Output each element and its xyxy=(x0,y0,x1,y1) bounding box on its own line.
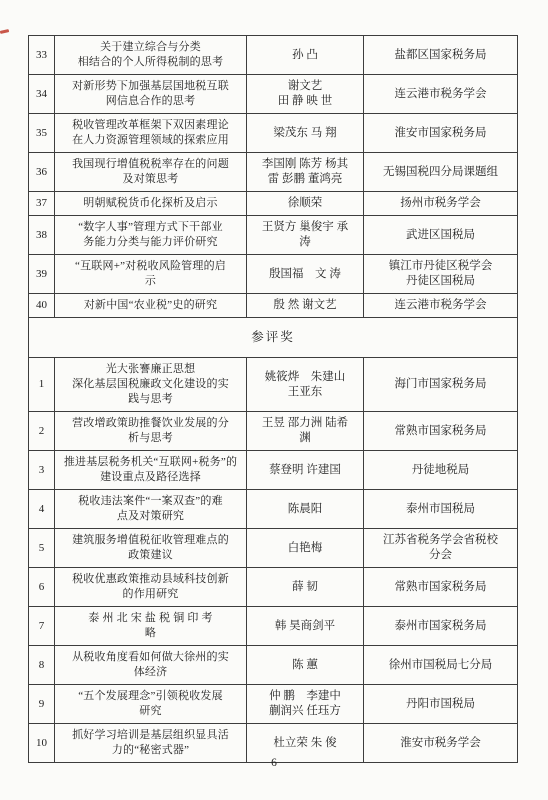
cell-org: 海门市国家税务局 xyxy=(364,358,518,412)
award-table-body: 33关于建立综合与分类 相结合的个人所得税制的思考孙 凸盐都区国家税务局34对新… xyxy=(29,36,518,763)
table-row: 9“五个发展理念”引领税收发展 研究仲 鹏 李建中 蒯润兴 任珏方丹阳市国税局 xyxy=(29,685,518,724)
cell-title: 推进基层税务机关“互联网+税务”的 建设重点及路径选择 xyxy=(55,451,247,490)
cell-authors: 殷国福 文 涛 xyxy=(247,255,364,294)
table-row: 2营改增政策助推餐饮业发展的分 析与思考王昱 邵力洲 陆希 渊常熟市国家税务局 xyxy=(29,412,518,451)
cell-org: 丹徒地税局 xyxy=(364,451,518,490)
table-row: 1光大张謇廉正思想 深化基层国税廉政文化建设的实 践与思考姚筱烨 朱建山 王亚东… xyxy=(29,358,518,412)
cell-no: 5 xyxy=(29,529,55,568)
scanned-page: 33关于建立综合与分类 相结合的个人所得税制的思考孙 凸盐都区国家税务局34对新… xyxy=(0,0,548,800)
cell-org: 镇江市丹徒区税学会 丹徒区国税局 xyxy=(364,255,518,294)
table-row: 37明朝赋税货币化探析及启示徐顺荣扬州市税务学会 xyxy=(29,192,518,216)
cell-org: 常熟市国家税务局 xyxy=(364,412,518,451)
cell-org: 丹阳市国税局 xyxy=(364,685,518,724)
cell-title: 税收管理改革框架下双因素理论 在人力资源管理领域的探索应用 xyxy=(55,114,247,153)
cell-org: 常熟市国家税务局 xyxy=(364,568,518,607)
table-row: 3推进基层税务机关“互联网+税务”的 建设重点及路径选择蔡登明 许建国丹徒地税局 xyxy=(29,451,518,490)
table-row: 40对新中国“农业税”史的研究殷 然 谢文艺连云港市税务学会 xyxy=(29,294,518,318)
cell-no: 9 xyxy=(29,685,55,724)
cell-org: 连云港市税务学会 xyxy=(364,75,518,114)
cell-authors: 梁茂东 马 翔 xyxy=(247,114,364,153)
cell-org: 无锡国税四分局课题组 xyxy=(364,153,518,192)
cell-org: 淮安市国家税务局 xyxy=(364,114,518,153)
cell-authors: 李国刚 陈芳 杨其 雷 彭鹏 董鸿亮 xyxy=(247,153,364,192)
cell-no: 8 xyxy=(29,646,55,685)
page-number: 6 xyxy=(0,757,548,769)
cell-authors: 薛 韧 xyxy=(247,568,364,607)
cell-authors: 白艳梅 xyxy=(247,529,364,568)
cell-org: 徐州市国税局七分局 xyxy=(364,646,518,685)
cell-title: 从税收角度看如何做大徐州的实 体经济 xyxy=(55,646,247,685)
cell-title: 税收违法案件“一案双查”的难 点及对策研究 xyxy=(55,490,247,529)
table-row: 38“数字人事”管理方式下干部业 务能力分类与能力评价研究王贤方 巢俊宇 承 涛… xyxy=(29,216,518,255)
table-row: 35税收管理改革框架下双因素理论 在人力资源管理领域的探索应用梁茂东 马 翔淮安… xyxy=(29,114,518,153)
cell-authors: 王昱 邵力洲 陆希 渊 xyxy=(247,412,364,451)
table-row: 34对新形势下加强基层国地税互联 网信息合作的思考谢文艺 田 静 映 世连云港市… xyxy=(29,75,518,114)
table-row: 36我国现行增值税税率存在的问题 及对策思考李国刚 陈芳 杨其 雷 彭鹏 董鸿亮… xyxy=(29,153,518,192)
table-row: 8从税收角度看如何做大徐州的实 体经济陈 蕙徐州市国税局七分局 xyxy=(29,646,518,685)
cell-org: 武进区国税局 xyxy=(364,216,518,255)
cell-title: 明朝赋税货币化探析及启示 xyxy=(55,192,247,216)
cell-title: 对新形势下加强基层国地税互联 网信息合作的思考 xyxy=(55,75,247,114)
cell-authors: 姚筱烨 朱建山 王亚东 xyxy=(247,358,364,412)
cell-authors: 陈 蕙 xyxy=(247,646,364,685)
cell-title: “互联网+”对税收风险管理的启 示 xyxy=(55,255,247,294)
cell-authors: 孙 凸 xyxy=(247,36,364,75)
cell-no: 34 xyxy=(29,75,55,114)
section-header-row: 参评奖 xyxy=(29,318,518,358)
cell-no: 39 xyxy=(29,255,55,294)
cell-authors: 谢文艺 田 静 映 世 xyxy=(247,75,364,114)
cell-org: 泰州市国家税务局 xyxy=(364,607,518,646)
cell-org: 泰州市国税局 xyxy=(364,490,518,529)
cell-no: 37 xyxy=(29,192,55,216)
cell-authors: 仲 鹏 李建中 蒯润兴 任珏方 xyxy=(247,685,364,724)
cell-no: 1 xyxy=(29,358,55,412)
cell-authors: 徐顺荣 xyxy=(247,192,364,216)
cell-no: 2 xyxy=(29,412,55,451)
table-row: 7泰 州 北 宋 盐 税 铜 印 考 略韩 昊商剑平泰州市国家税务局 xyxy=(29,607,518,646)
cell-title: 对新中国“农业税”史的研究 xyxy=(55,294,247,318)
award-table: 33关于建立综合与分类 相结合的个人所得税制的思考孙 凸盐都区国家税务局34对新… xyxy=(28,35,518,763)
cell-no: 7 xyxy=(29,607,55,646)
cell-authors: 韩 昊商剑平 xyxy=(247,607,364,646)
cell-authors: 蔡登明 许建国 xyxy=(247,451,364,490)
cell-title: 光大张謇廉正思想 深化基层国税廉政文化建设的实 践与思考 xyxy=(55,358,247,412)
cell-org: 江苏省税务学会省税校 分会 xyxy=(364,529,518,568)
cell-authors: 王贤方 巢俊宇 承 涛 xyxy=(247,216,364,255)
cell-title: 税收优惠政策推动县域科技创新 的作用研究 xyxy=(55,568,247,607)
table-row: 5建筑服务增值税征收管理难点的 政策建议白艳梅江苏省税务学会省税校 分会 xyxy=(29,529,518,568)
cell-org: 连云港市税务学会 xyxy=(364,294,518,318)
cell-no: 40 xyxy=(29,294,55,318)
cell-authors: 殷 然 谢文艺 xyxy=(247,294,364,318)
table-row: 39“互联网+”对税收风险管理的启 示殷国福 文 涛镇江市丹徒区税学会 丹徒区国… xyxy=(29,255,518,294)
table-row: 4税收违法案件“一案双查”的难 点及对策研究陈晨阳泰州市国税局 xyxy=(29,490,518,529)
cell-no: 6 xyxy=(29,568,55,607)
cell-title: 建筑服务增值税征收管理难点的 政策建议 xyxy=(55,529,247,568)
cell-title: 关于建立综合与分类 相结合的个人所得税制的思考 xyxy=(55,36,247,75)
cell-title: “五个发展理念”引领税收发展 研究 xyxy=(55,685,247,724)
section-header: 参评奖 xyxy=(29,318,518,358)
cell-title: 营改增政策助推餐饮业发展的分 析与思考 xyxy=(55,412,247,451)
cell-title: 泰 州 北 宋 盐 税 铜 印 考 略 xyxy=(55,607,247,646)
cell-title: 我国现行增值税税率存在的问题 及对策思考 xyxy=(55,153,247,192)
cell-no: 38 xyxy=(29,216,55,255)
table-row: 33关于建立综合与分类 相结合的个人所得税制的思考孙 凸盐都区国家税务局 xyxy=(29,36,518,75)
cell-title: “数字人事”管理方式下干部业 务能力分类与能力评价研究 xyxy=(55,216,247,255)
cell-no: 4 xyxy=(29,490,55,529)
cell-no: 36 xyxy=(29,153,55,192)
cell-org: 扬州市税务学会 xyxy=(364,192,518,216)
cell-authors: 陈晨阳 xyxy=(247,490,364,529)
cell-no: 33 xyxy=(29,36,55,75)
cell-no: 35 xyxy=(29,114,55,153)
red-pen-mark xyxy=(0,29,9,34)
table-row: 6税收优惠政策推动县域科技创新 的作用研究薛 韧常熟市国家税务局 xyxy=(29,568,518,607)
cell-org: 盐都区国家税务局 xyxy=(364,36,518,75)
cell-no: 3 xyxy=(29,451,55,490)
